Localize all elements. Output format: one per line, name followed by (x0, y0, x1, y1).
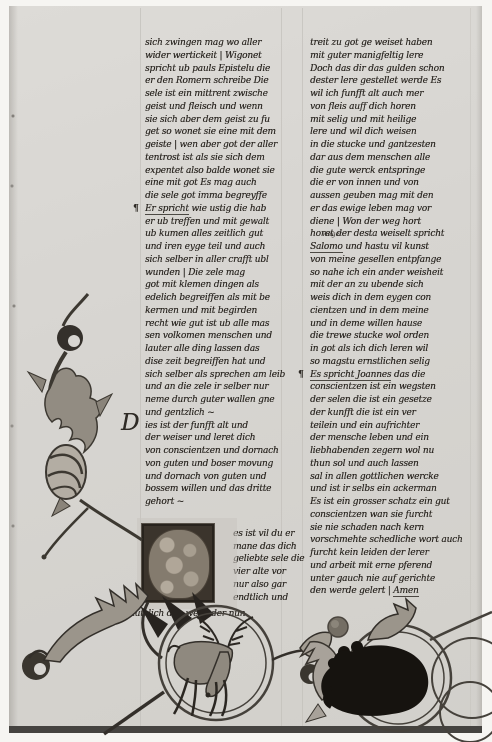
bear-figure (321, 641, 428, 716)
marginalia-artwork (0, 0, 492, 742)
berry-ball (328, 617, 348, 637)
top-acanthus-ornament (28, 294, 142, 560)
stag-figure (168, 617, 253, 716)
manuscript-photo: sich zwingen mag wo allerwider wertickei… (0, 0, 492, 742)
